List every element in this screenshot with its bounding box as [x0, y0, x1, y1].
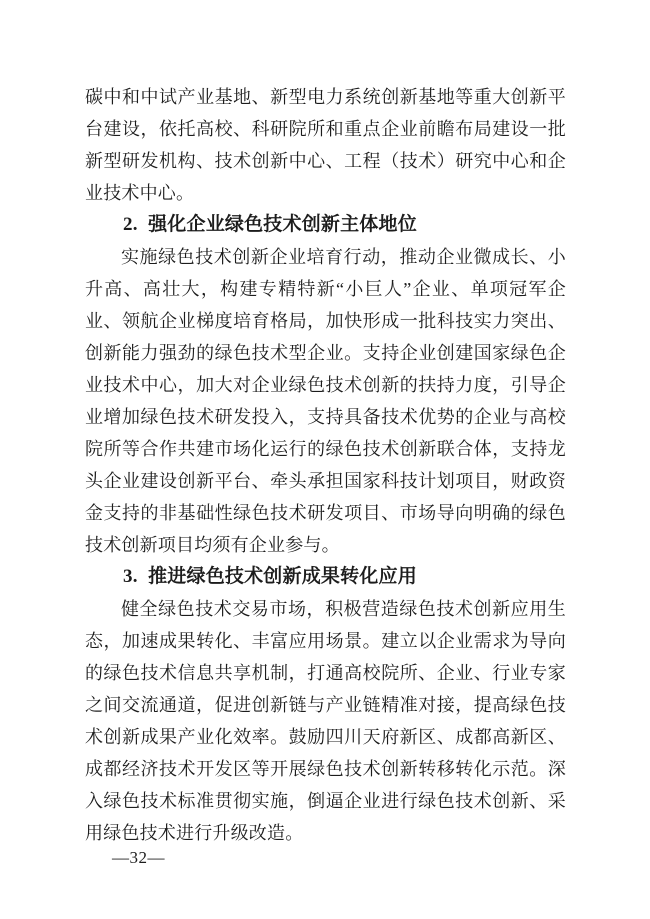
paragraph-achievement-transformation: 健全绿色技术交易市场，积极营造绿色技术创新应用生态，加速成果转化、丰富应用场景。… [85, 593, 566, 849]
section-heading-number: 2. [123, 214, 138, 235]
section-heading-number: 3. [123, 566, 138, 587]
section-heading-title: 推进绿色技术创新成果转化应用 [148, 566, 417, 587]
page-number: —32— [112, 847, 165, 869]
paragraph-enterprise-innovation: 实施绿色技术创新企业培育行动，推动企业微成长、小升高、高壮大，构建专精特新“小巨… [85, 241, 566, 561]
section-heading-3: 3.推进绿色技术创新成果转化应用 [85, 561, 566, 593]
section-heading-title: 强化企业绿色技术创新主体地位 [148, 214, 417, 235]
section-heading-2: 2.强化企业绿色技术创新主体地位 [85, 209, 566, 241]
document-page: 碳中和中试产业基地、新型电力系统创新基地等重大创新平台建设，依托高校、科研院所和… [0, 0, 650, 919]
paragraph-continuation: 碳中和中试产业基地、新型电力系统创新基地等重大创新平台建设，依托高校、科研院所和… [85, 81, 566, 209]
document-body: 碳中和中试产业基地、新型电力系统创新基地等重大创新平台建设，依托高校、科研院所和… [85, 81, 566, 849]
